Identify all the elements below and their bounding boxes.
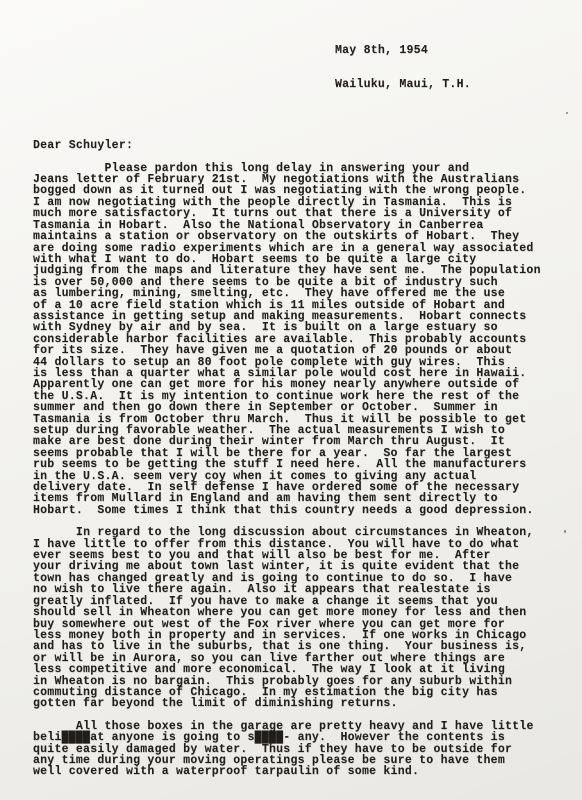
paragraph-negotiations: Please pardon this long delay in answeri… xyxy=(33,163,562,517)
scan-speck xyxy=(564,530,566,533)
salutation: Dear Schuyler: xyxy=(33,140,562,151)
letter-page: May 8th, 1954 Wailuku, Maui, T.H. Dear S… xyxy=(0,0,582,800)
letter-body: Please pardon this long delay in answeri… xyxy=(33,163,562,778)
letter-date: May 8th, 1954 xyxy=(335,45,562,56)
letter-location: Wailuku, Maui, T.H. xyxy=(335,79,562,90)
paragraph-boxes: All those boxes in the garage are pretty… xyxy=(33,721,562,778)
letter-header: May 8th, 1954 Wailuku, Maui, T.H. xyxy=(335,22,562,113)
paragraph-wheaton: In regard to the long discussion about c… xyxy=(33,527,562,710)
scan-speck xyxy=(566,112,568,114)
